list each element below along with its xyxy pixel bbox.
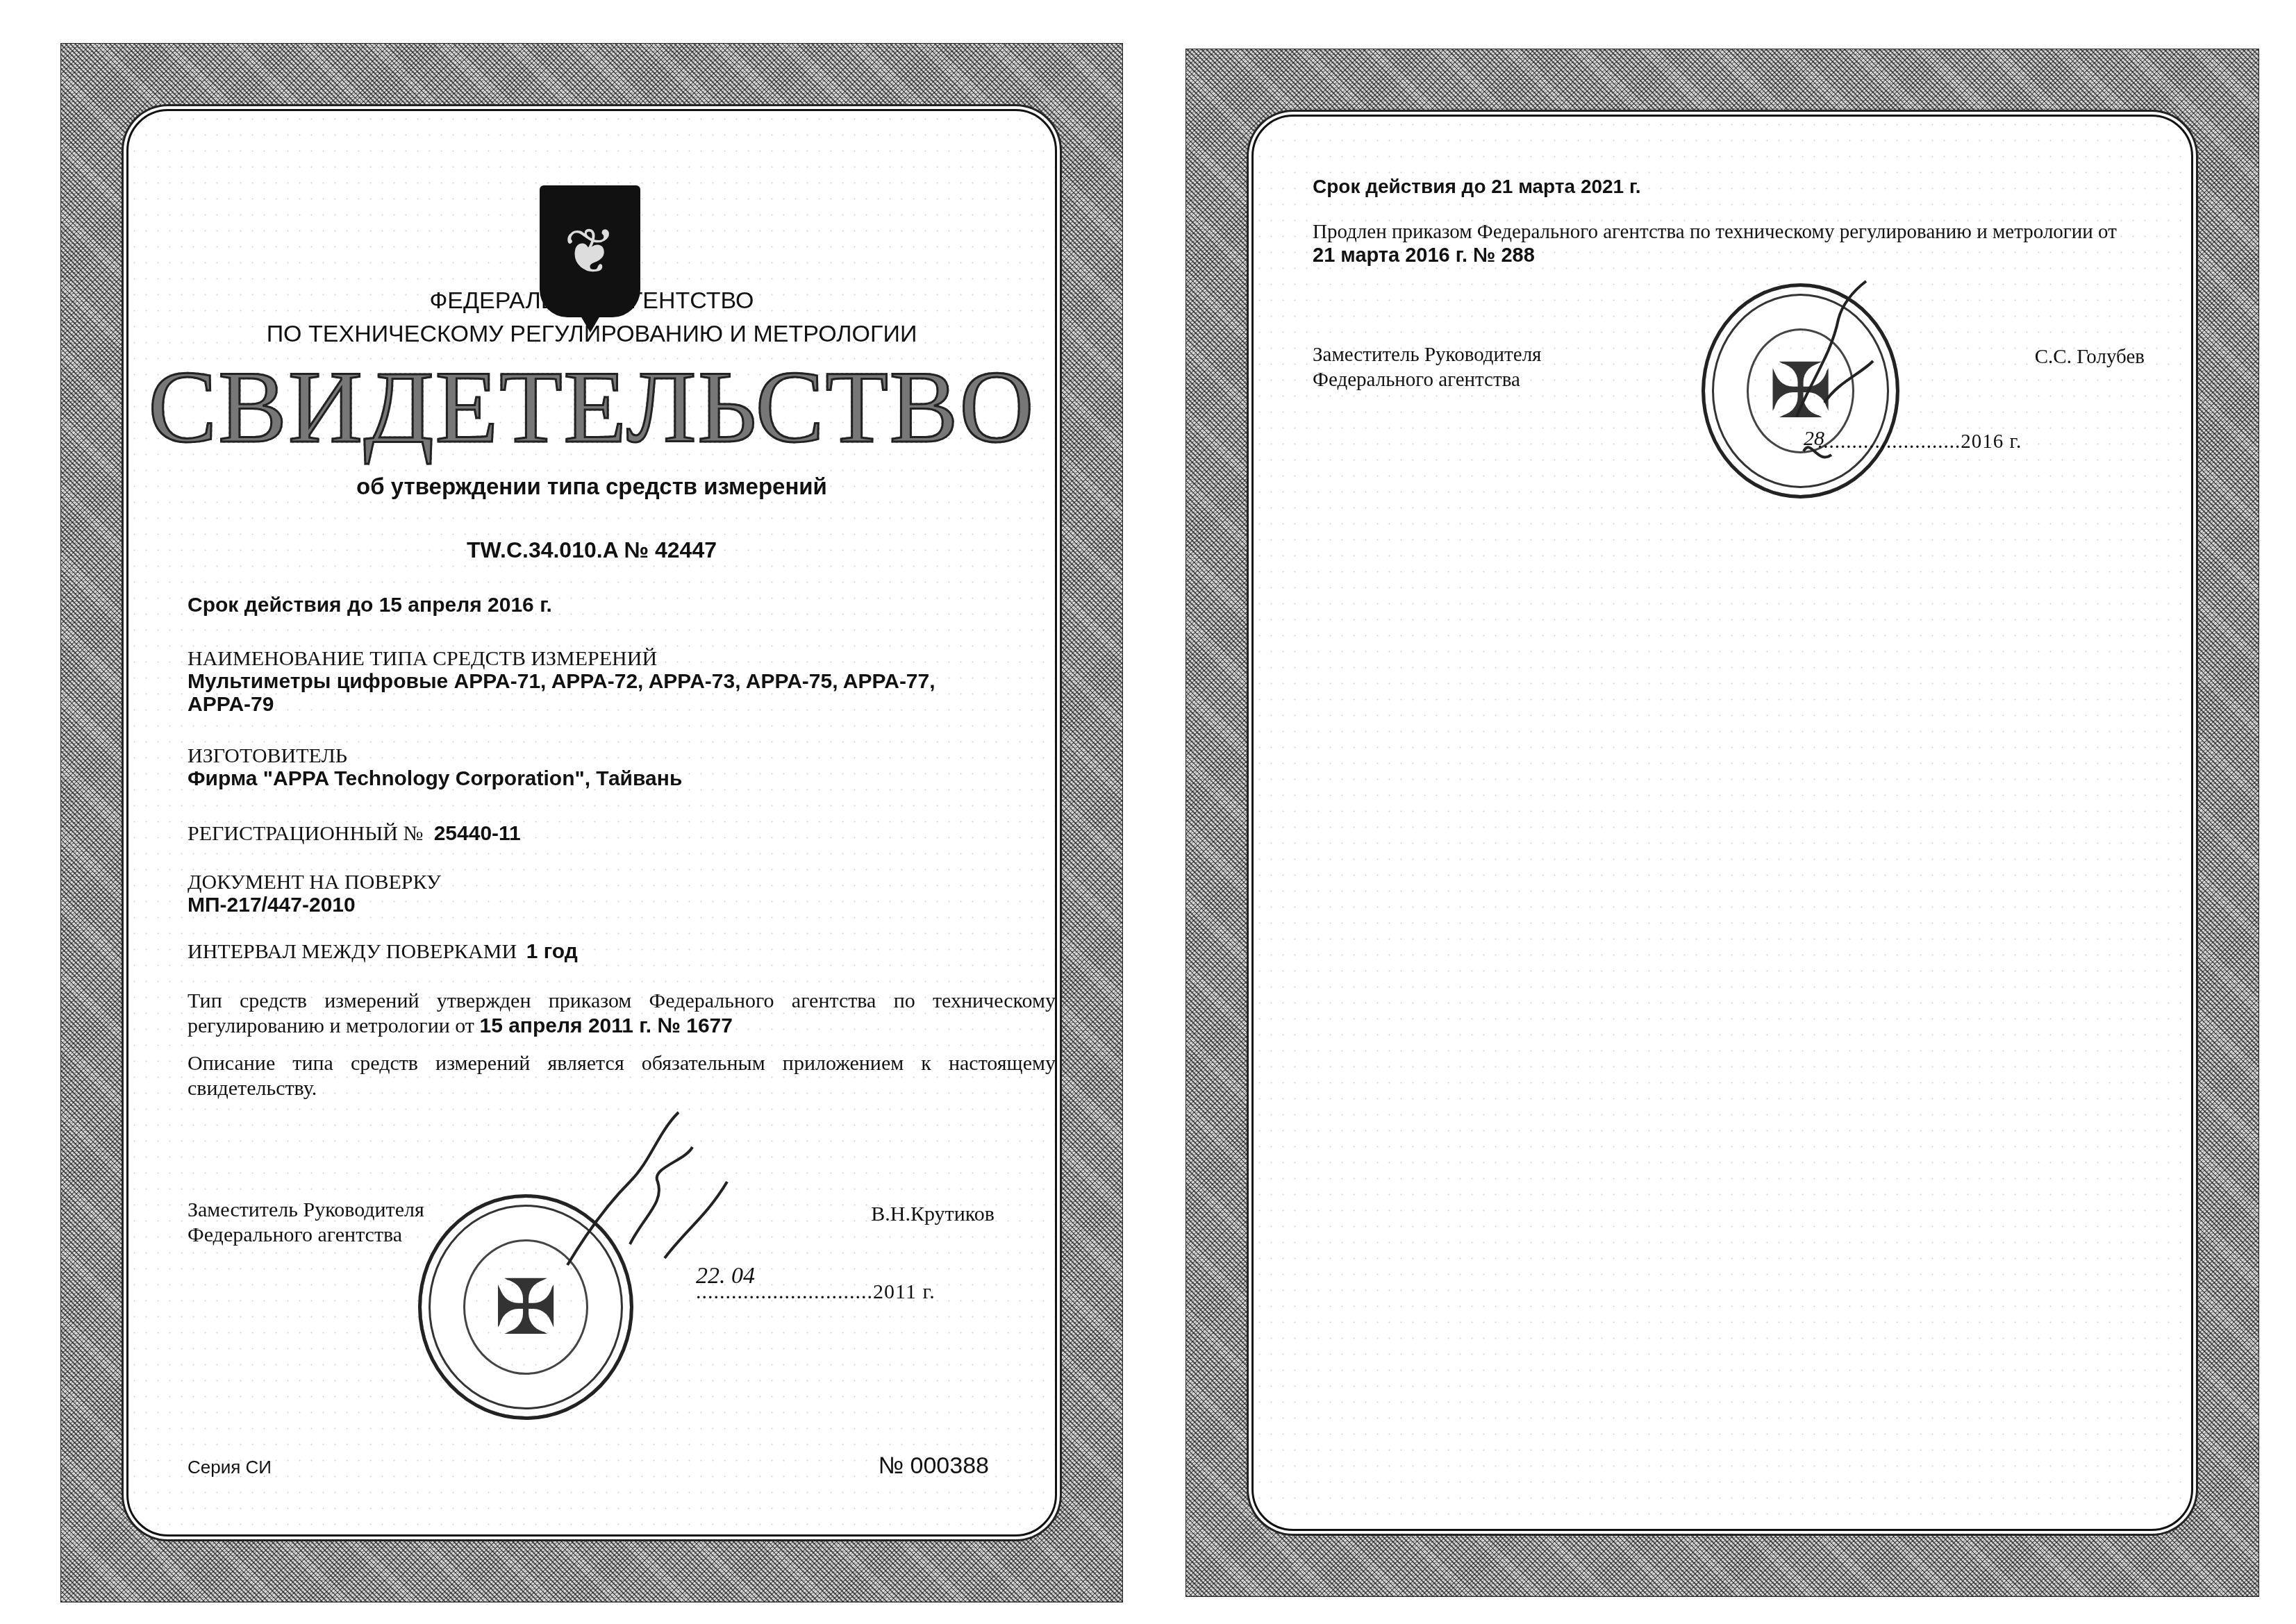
signer-title-line2: Федерального агентства (1313, 369, 1520, 392)
interval-row: ИНТЕРВАЛ МЕЖДУ ПОВЕРКАМИ 1 год (188, 940, 578, 964)
series-label: Серия СИ (188, 1457, 272, 1478)
signer-title-line2: Федерального агентства (188, 1223, 402, 1247)
signature (1755, 278, 1908, 486)
certificate-number: TW.C.34.010.A № 42447 (60, 537, 1123, 563)
signature (547, 1105, 755, 1286)
signer-title-line1: Заместитель Руководителя (188, 1198, 424, 1222)
registration-value: 25440-11 (434, 822, 521, 845)
dotted-line: ......................... (1817, 430, 1961, 453)
manufacturer-value: Фирма "APPA Technology Corporation", Тай… (188, 767, 682, 791)
signer-title-line1: Заместитель Руководителя (1313, 344, 1541, 367)
certificate-subtitle: об утверждении типа средств измерений (60, 474, 1123, 500)
interval-label: ИНТЕРВАЛ МЕЖДУ ПОВЕРКАМИ (188, 940, 517, 963)
form-number: № 000388 (879, 1453, 989, 1480)
signer-name: С.С. Голубев (2035, 346, 2145, 369)
agency-name-line1: ФЕДЕРАЛЬНОЕ АГЕНТСТВО (60, 287, 1123, 315)
extension-paragraph: Продлен приказом Федерального агентства … (1313, 220, 2132, 267)
certificate-title: СВИДЕТЕЛЬСТВО (60, 349, 1123, 467)
certificate-front-page: ❦ ФЕДЕРАЛЬНОЕ АГЕНТСТВО ПО ТЕХНИЧЕСКОМУ … (60, 43, 1123, 1602)
date-line: ..............................2011 г. (696, 1280, 935, 1304)
certificate-back-page: Срок действия до 21 марта 2021 г. Продле… (1186, 49, 2259, 1597)
extended-validity-date: Срок действия до 21 марта 2021 г. (1313, 176, 1641, 198)
registration-row: РЕГИСТРАЦИОННЫЙ № 25440-11 (188, 822, 521, 846)
extension-text: Продлен приказом Федерального агентства … (1313, 221, 2117, 243)
extension-order: 21 марта 2016 г. № 288 (1313, 244, 1535, 267)
verification-doc-value: МП-217/447-2010 (188, 894, 356, 917)
interval-value: 1 год (526, 940, 578, 963)
dotted-line: .............................. (696, 1280, 873, 1303)
agency-name-line2: ПО ТЕХНИЧЕСКОМУ РЕГУЛИРОВАНИЮ И МЕТРОЛОГ… (60, 321, 1123, 348)
type-name-value-line1: Мультиметры цифровые APPA-71, APPA-72, A… (188, 670, 935, 694)
description-paragraph: Описание типа средств измерений является… (188, 1051, 1056, 1101)
type-name-value-line2: APPA-79 (188, 693, 274, 717)
type-name-label: НАИМЕНОВАНИЕ ТИПА СРЕДСТВ ИЗМЕРЕНИЙ (188, 647, 657, 671)
approval-paragraph: Тип средств измерений утвержден приказом… (188, 989, 1056, 1039)
signer-name: В.Н.Крутиков (871, 1203, 995, 1226)
manufacturer-label: ИЗГОТОВИТЕЛЬ (188, 744, 347, 768)
registration-label: РЕГИСТРАЦИОННЫЙ № (188, 822, 423, 845)
verification-doc-label: ДОКУМЕНТ НА ПОВЕРКУ (188, 871, 441, 894)
approval-order: 15 апреля 2011 г. № 1677 (479, 1014, 733, 1037)
date-line: .........................2016 г. (1817, 430, 2022, 453)
signed-year: 2011 г. (873, 1280, 935, 1303)
validity-date: Срок действия до 15 апреля 2016 г. (188, 594, 552, 617)
signed-year: 2016 г. (1961, 430, 2022, 453)
